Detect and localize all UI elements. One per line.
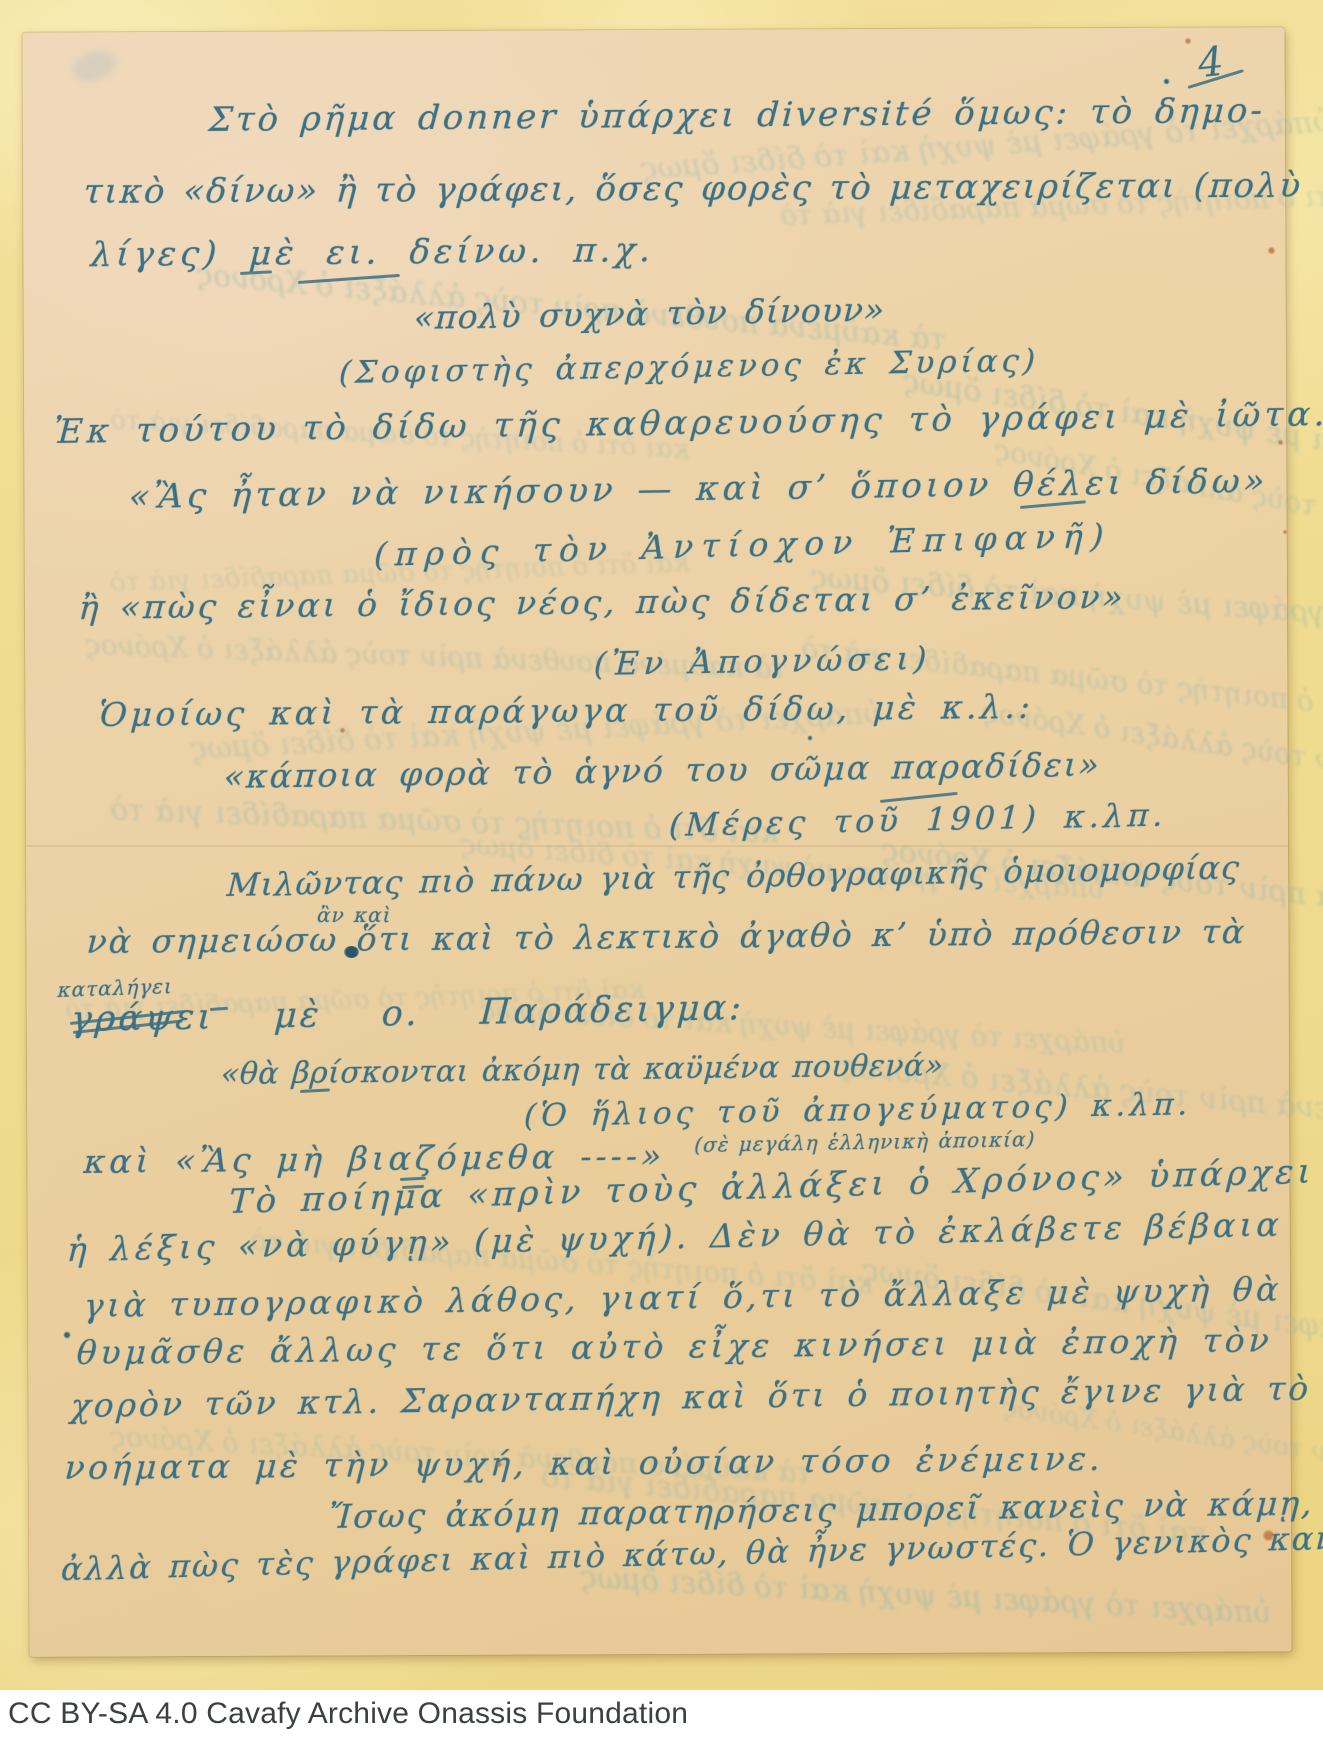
attribution-text: CC BY-SA 4.0 Cavafy Archive Onassis Foun… <box>8 1697 688 1731</box>
attribution-bar: CC BY-SA 4.0 Cavafy Archive Onassis Foun… <box>0 1690 1323 1738</box>
paper-crease <box>26 845 1288 847</box>
page-number: 4 <box>1196 39 1226 87</box>
manuscript-scan: ὑπάρχει τὸ γράφει μὲ ψυχὴ καὶ τὸ δίδει ὅ… <box>0 0 1323 1738</box>
manuscript-page <box>22 27 1291 1656</box>
